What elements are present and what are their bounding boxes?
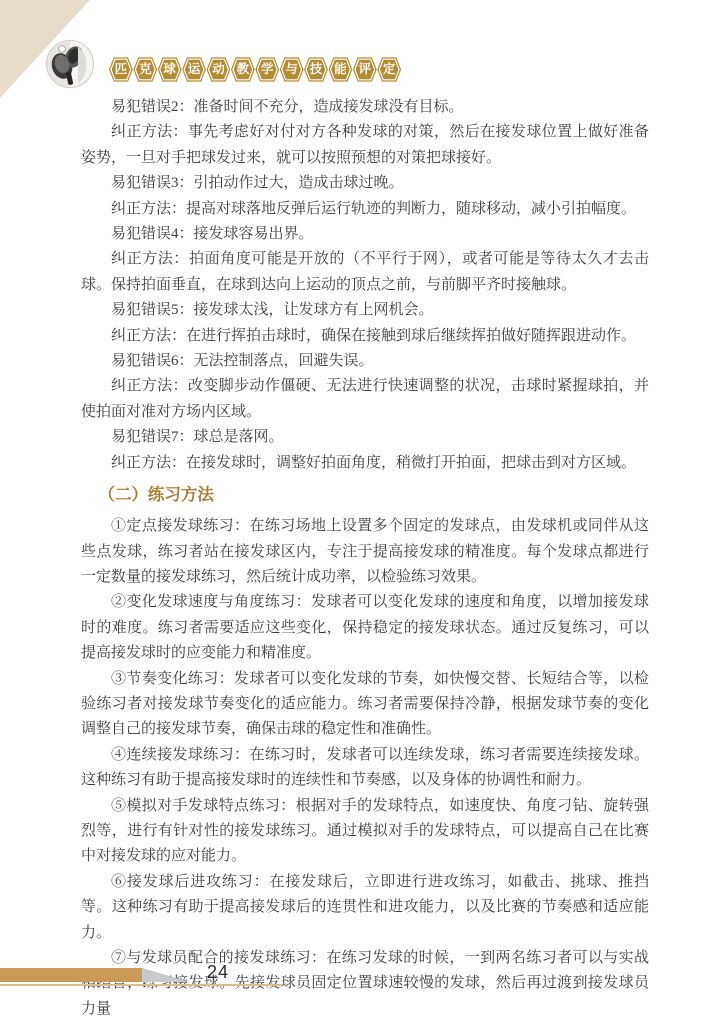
title-badge-character: 能 [334, 63, 347, 76]
title-badge-character: 定 [383, 63, 396, 76]
paragraph: 易犯错误4：接发球容易出界。 [81, 222, 649, 247]
title-badge-hexagon: 匹 [109, 56, 133, 83]
title-badge-character: 匹 [115, 63, 128, 76]
title-badge-ring: 学 [257, 57, 278, 81]
title-badge-ring: 技 [305, 57, 326, 81]
paragraph: 易犯错误3：引拍动作过大，造成击球过晚。 [81, 171, 649, 196]
title-badge-character: 教 [237, 63, 250, 76]
title-badge-fill: 定 [380, 59, 399, 81]
paragraph: ④连续接发球练习：在练习时，发球者可以连续发球，练习者需要连续接发球。这种练习有… [81, 743, 649, 794]
title-badge-ring: 动 [208, 57, 229, 81]
paragraph: 易犯错误5：接发球太浅，让发球方有上网机会。 [81, 298, 649, 323]
paragraph: 易犯错误6：无法控制落点，回避失误。 [81, 349, 649, 374]
pickleball-logo-icon [45, 39, 95, 89]
page-number: 24 [207, 962, 251, 983]
paragraph: 纠正方法：在接发球时，调整好拍面角度，稍微打开拍面，把球击到对方区域。 [81, 451, 649, 476]
title-badge-character: 运 [188, 63, 201, 76]
paragraph: 纠正方法：事先考虑好对付对方各种发球的对策，然后在接发球位置上做好准备姿势，一旦… [81, 120, 649, 171]
footer-triangle-decoration [142, 968, 190, 982]
title-badge-fill: 评 [356, 59, 375, 81]
paragraph: 纠正方法：改变脚步动作僵硬、无法进行快速调整的状况，击球时紧握球拍，并使拍面对准… [81, 374, 649, 425]
title-badge-ring: 与 [281, 57, 302, 81]
title-badge-hexagon: 与 [280, 56, 304, 83]
title-badge-ring: 运 [183, 57, 204, 81]
paragraph: 纠正方法：在进行挥拍击球时，确保在接触到球后继续挥拍做好随挥跟进动作。 [81, 324, 649, 349]
title-badge-hexagon: 技 [304, 56, 328, 83]
title-badge-character: 学 [261, 63, 274, 76]
title-badge-character: 评 [359, 63, 372, 76]
title-badge-ring: 定 [379, 57, 400, 81]
title-badge-fill: 克 [136, 59, 155, 81]
paragraph: ③节奏变化练习：发球者可以变化发球的节奏，如快慢交替、长短结合等，以检验练习者对… [81, 667, 649, 743]
book-page: 匹 克 球 运 [0, 0, 728, 1024]
title-badge-fill: 运 [185, 59, 204, 81]
title-badge-hexagon: 学 [255, 56, 279, 83]
title-badge-ring: 匹 [110, 57, 131, 81]
title-badge-character: 克 [139, 63, 152, 76]
paragraph: 易犯错误7：球总是落网。 [81, 425, 649, 450]
title-badge-ring: 教 [232, 57, 253, 81]
page-body-text: 易犯错误2：准备时间不充分，造成接发球没有目标。纠正方法：事先考虑好对付对方各种… [81, 95, 649, 1022]
paragraph: （二）练习方法 [81, 483, 649, 508]
title-badge-hexagon: 动 [207, 56, 231, 83]
title-badge-character: 与 [285, 63, 298, 76]
title-badge-character: 动 [212, 63, 225, 76]
title-badge-hexagon: 运 [182, 56, 206, 83]
title-badge-fill: 学 [258, 59, 277, 81]
title-badge-hexagon: 能 [329, 56, 353, 83]
title-badge-fill: 球 [160, 59, 179, 81]
title-badge-fill: 教 [234, 59, 253, 81]
title-badge-character: 球 [163, 63, 176, 76]
title-badge-fill: 能 [331, 59, 350, 81]
paragraph: ⑥接发球后进攻练习：在接发球后，立即进行进攻练习，如截击、挑球、推挡等。这种练习… [81, 870, 649, 946]
title-badge-fill: 与 [282, 59, 301, 81]
title-badge-ring: 能 [330, 57, 351, 81]
paragraph: ①定点接发球练习：在练习场地上设置多个固定的发球点，由发球机或同伴从这些点发球，… [81, 514, 649, 590]
title-badge-hexagon: 评 [353, 56, 377, 83]
title-badge-hexagon: 球 [158, 56, 182, 83]
footer-bar-decoration [0, 968, 142, 982]
paragraph: 纠正方法：拍面角度可能是开放的（不平行于网），或者可能是等待太久才去击球。保持拍… [81, 247, 649, 298]
title-badge-fill: 动 [209, 59, 228, 81]
book-title-badges: 匹 克 球 运 [109, 56, 401, 83]
title-badge-character: 技 [310, 63, 323, 76]
title-badge-ring: 球 [159, 57, 180, 81]
paragraph: 易犯错误2：准备时间不充分，造成接发球没有目标。 [81, 95, 649, 120]
title-badge-hexagon: 定 [377, 56, 401, 83]
paragraph: ⑤模拟对手发球特点练习：根据对手的发球特点，如速度快、角度刁钻、旋转强烈等，进行… [81, 794, 649, 870]
paragraph: 纠正方法：提高对球落地反弹后运行轨迹的判断力，随球移动，减小引拍幅度。 [81, 197, 649, 222]
title-badge-fill: 技 [307, 59, 326, 81]
title-badge-ring: 评 [354, 57, 375, 81]
title-badge-fill: 匹 [112, 59, 131, 81]
title-badge-hexagon: 教 [231, 56, 255, 83]
title-badge-ring: 克 [135, 57, 156, 81]
paragraph: ②变化发球速度与角度练习：发球者可以变化发球的速度和角度，以增加接发球时的难度。… [81, 590, 649, 666]
title-badge-hexagon: 克 [133, 56, 157, 83]
footer-underline-decoration [0, 984, 283, 986]
